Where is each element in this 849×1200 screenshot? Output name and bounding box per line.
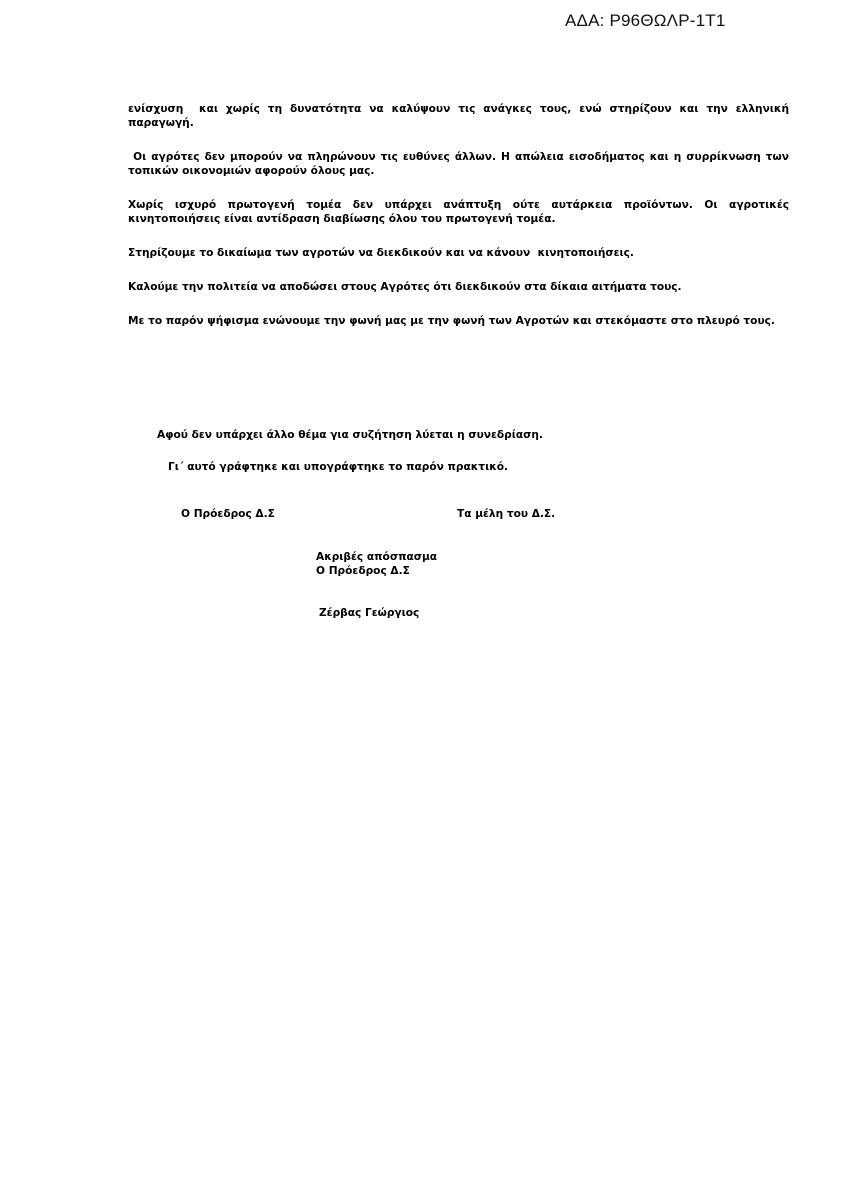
members-signature-label: Τα μέλη του Δ.Σ.: [457, 508, 555, 522]
session-end-text: Αφού δεν υπάρχει άλλο θέμα για συζήτηση …: [157, 429, 543, 443]
signer-name: Ζέρβας Γεώργιος: [319, 607, 419, 621]
paragraph-resolution: Με το παρόν ψήφισμα ενώνουμε την φωνή μα…: [128, 315, 789, 329]
paragraph-farmers-responsibility: Οι αγρότες δεν μπορούν να πληρώνουν τις …: [128, 151, 789, 178]
paragraph-call-state: Καλούμε την πολιτεία να αποδώσει στους Α…: [128, 281, 789, 295]
extract-role: Ο Πρόεδρος Δ.Σ: [316, 565, 410, 579]
paragraph-support-right: Στηρίζουμε το δικαίωμα των αγροτών να δι…: [128, 247, 789, 261]
paragraph-support-production: ενίσχυση και χωρίς τη δυνατότητα να καλύ…: [128, 103, 789, 130]
minutes-note-text: Γι΄ αυτό γράφτηκε και υπογράφτηκε το παρ…: [168, 461, 508, 475]
extract-label: Ακριβές απόσπασμα: [316, 551, 437, 565]
president-signature-label: Ο Πρόεδρος Δ.Σ: [181, 508, 275, 522]
ada-identifier: ΑΔΑ: Ρ96ΘΩΛΡ-1Τ1: [565, 11, 726, 31]
paragraph-primary-sector: Χωρίς ισχυρό πρωτογενή τομέα δεν υπάρχει…: [128, 199, 789, 226]
